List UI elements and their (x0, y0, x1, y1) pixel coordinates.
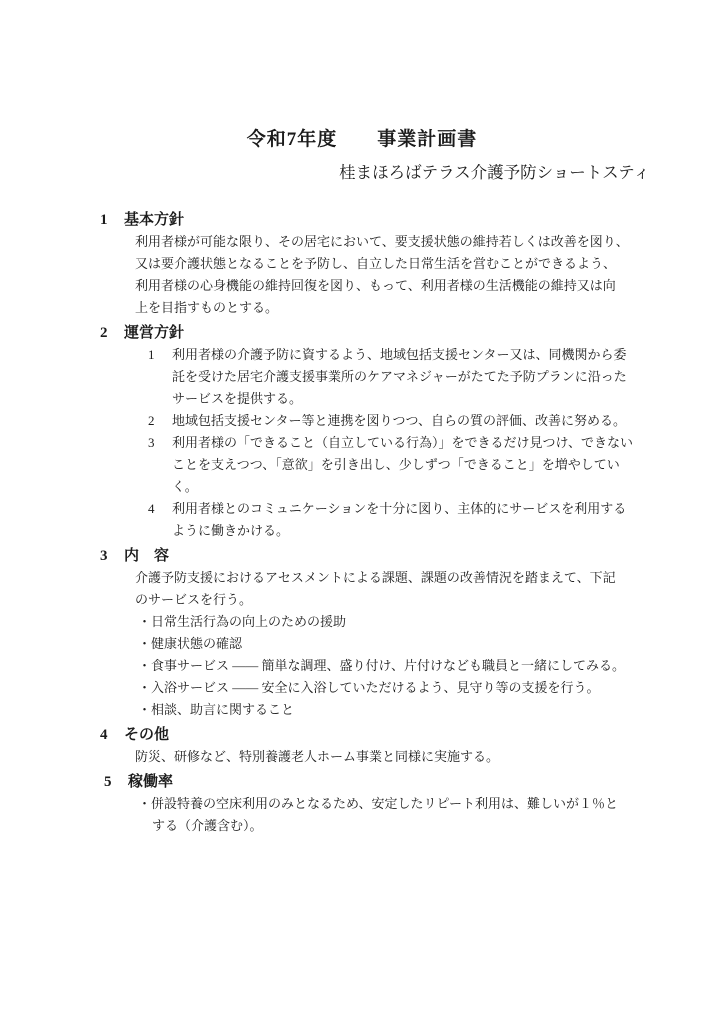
section-number: 5 (104, 771, 113, 793)
document-page: 令和7年度 事業計画書 桂まほろばテラス介護予防ショートスティ 1 基本方針 利… (0, 0, 724, 1024)
section-heading-label: その他 (124, 724, 169, 746)
section-number: 3 (100, 545, 109, 567)
item-number: 4 (148, 498, 172, 542)
section-number: 2 (100, 322, 109, 344)
section-3: 3 内 容 介護予防支援におけるアセスメントによる課題、課題の改善情況を踏まえて… (0, 545, 724, 721)
document-subtitle: 桂まほろばテラス介護予防ショートスティ (339, 161, 650, 185)
item-text: 地域包括支援センター等と連携を図りつつ、自らの質の評価、改善に努める。 (172, 410, 634, 432)
document-title: 令和7年度 事業計画書 (0, 126, 724, 154)
section-heading-label: 基本方針 (124, 209, 184, 231)
item-number: 1 (148, 344, 172, 410)
numbered-item: 3 利用者様の「できること（自立している行為）」をできるだけ見つけ、できない こ… (148, 432, 724, 498)
numbered-item: 4 利用者様とのコミュニケーションを十分に図り、主体的にサービスを利用する よう… (148, 498, 724, 542)
document-body: 1 基本方針 利用者様が可能な限り、その居宅において、要支援状態の維持若しくは改… (0, 206, 724, 837)
bullet-item: ・併設特養の空床利用のみとなるため、安定したリピート利用は、難しいが１％と する… (138, 793, 658, 837)
numbered-item: 1 利用者様の介護予防に資するよう、地域包括支援センター又は、同機関から委 託を… (148, 344, 724, 410)
section-heading-label: 内 容 (124, 545, 169, 567)
item-text: 利用者様の「できること（自立している行為）」をできるだけ見つけ、できない ことを… (172, 432, 634, 498)
section-5-heading: 5 稼働率 (104, 771, 724, 793)
section-4: 4 その他 防災、研修など、特別養護老人ホーム事業と同様に実施する。 (0, 724, 724, 768)
section-2: 2 運営方針 1 利用者様の介護予防に資するよう、地域包括支援センター又は、同機… (0, 322, 724, 542)
bullet-item: ・日常生活行為の向上のための援助 (138, 611, 658, 633)
item-text: 利用者様とのコミュニケーションを十分に図り、主体的にサービスを利用する ように働… (172, 498, 634, 542)
section-4-paragraph: 防災、研修など、特別養護老人ホーム事業と同様に実施する。 (135, 746, 635, 768)
section-heading-label: 運営方針 (124, 322, 184, 344)
section-number: 1 (100, 209, 109, 231)
section-3-heading: 3 内 容 (100, 545, 724, 567)
section-5: 5 稼働率 ・併設特養の空床利用のみとなるため、安定したリピート利用は、難しいが… (0, 771, 724, 837)
section-1-paragraph: 利用者様が可能な限り、その居宅において、要支援状態の維持若しくは改善を図り、 又… (135, 231, 635, 319)
section-4-heading: 4 その他 (100, 724, 724, 746)
item-number: 2 (148, 410, 172, 432)
section-1-heading: 1 基本方針 (100, 209, 724, 231)
section-1: 1 基本方針 利用者様が可能な限り、その居宅において、要支援状態の維持若しくは改… (0, 209, 724, 319)
item-number: 3 (148, 432, 172, 498)
bullet-item: ・食事サービス ―― 簡単な調理、盛り付け、片付けなども職員と一緒にしてみる。 (138, 655, 658, 677)
section-number: 4 (100, 724, 109, 746)
bullet-item: ・入浴サービス ―― 安全に入浴していただけるよう、見守り等の支援を行う。 (138, 677, 658, 699)
item-text: 利用者様の介護予防に資するよう、地域包括支援センター又は、同機関から委 託を受け… (172, 344, 634, 410)
section-heading-label: 稼働率 (128, 771, 173, 793)
section-2-heading: 2 運営方針 (100, 322, 724, 344)
bullet-item: ・健康状態の確認 (138, 633, 658, 655)
bullet-item: ・相談、助言に関すること (138, 699, 658, 721)
section-3-paragraph: 介護予防支援におけるアセスメントによる課題、課題の改善情況を踏まえて、下記 のサ… (135, 567, 635, 611)
numbered-item: 2 地域包括支援センター等と連携を図りつつ、自らの質の評価、改善に努める。 (148, 410, 724, 432)
